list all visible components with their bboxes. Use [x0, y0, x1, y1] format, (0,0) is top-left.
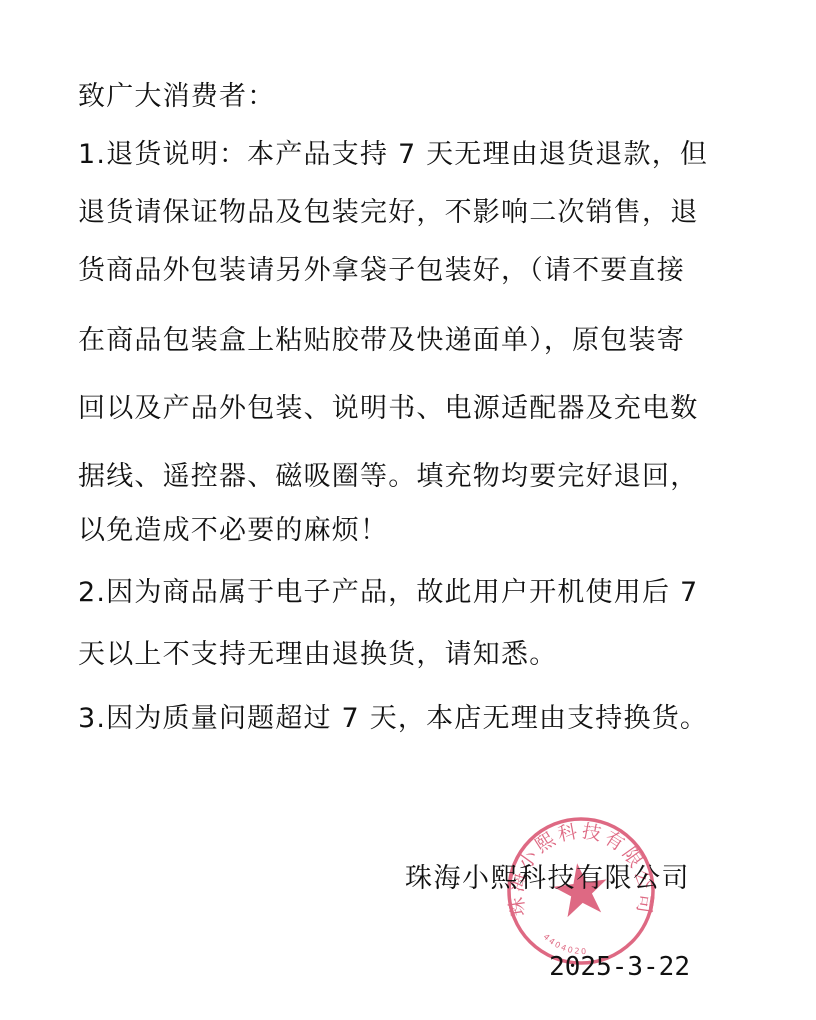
document-date: 2025-3-22: [549, 950, 690, 984]
text-line: 货商品外包装请另外拿袋子包装好，（请不要直接: [78, 254, 685, 288]
text-line: 3.因为质量问题超过 7 天，本店无理由支持换货。: [78, 702, 708, 736]
text-line: 在商品包装盒上粘贴胶带及快递面单），原包装寄: [78, 324, 685, 358]
text-line: 回以及产品外包装、说明书、电源适配器及充电数: [78, 392, 698, 426]
text-line: 天以上不支持无理由退换货，请知悉。: [78, 638, 557, 672]
text-line: 2.因为商品属于电子产品，故此用户开机使用后 7: [78, 576, 698, 610]
text-line: 据线、遥控器、磁吸圈等。填充物均要完好退回，: [78, 460, 698, 494]
greeting: 致广大消费者：: [78, 80, 275, 114]
text-line: 1.退货说明：本产品支持 7 天无理由退货退款，但: [78, 138, 708, 172]
company-signature: 珠海小熙科技有限公司: [405, 862, 690, 896]
text-line: 以免造成不必要的麻烦！: [78, 514, 388, 548]
text-line: 退货请保证物品及包装完好，不影响二次销售，退: [78, 196, 698, 230]
